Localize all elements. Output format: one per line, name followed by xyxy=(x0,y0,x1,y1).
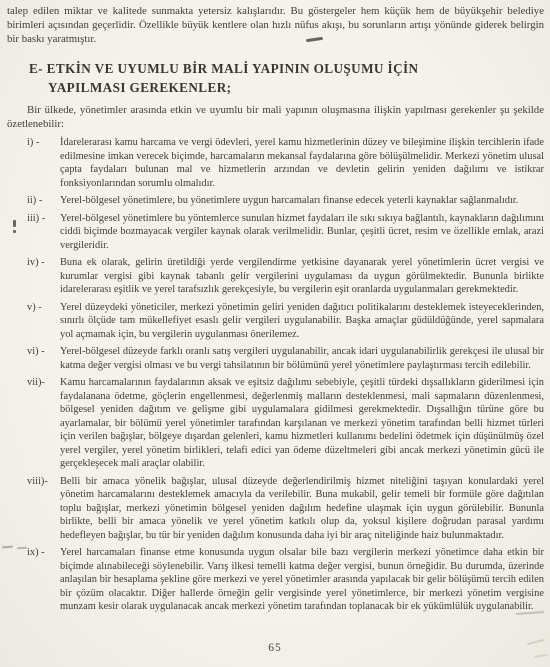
list-item-label: v) - xyxy=(27,301,60,342)
scan-smudge-mark xyxy=(534,654,548,658)
list-item-label: ix) - xyxy=(27,546,60,614)
list-item-label: i) - xyxy=(27,136,60,190)
page-number: 65 xyxy=(0,642,550,654)
list-item-i: i) - İdarelerarası kamu harcama ve vergi… xyxy=(27,136,544,190)
list-item-ii: ii) - Yerel-bölgesel yönetimlere, bu yön… xyxy=(27,194,544,208)
paragraph-continuation: talep edilen miktar ve kalitede sunmakta… xyxy=(7,4,544,47)
list-item-text: Yerel-bölgesel yönetimlere, bu yönetimle… xyxy=(60,194,544,208)
list-item-vii: vii)- Kamu harcamalarının faydalarının a… xyxy=(27,376,544,471)
document-page: talep edilen miktar ve kalitede sunmakta… xyxy=(0,0,550,667)
list-item-viii: viii)- Belli bir amaca yönelik bağışlar,… xyxy=(27,475,544,543)
list-item-vi: vi) - Yerel-bölgesel düzeyde farklı oran… xyxy=(27,345,544,372)
section-heading-line1: E- ETKİN VE UYUMLU BİR MALİ YAPININ OLUŞ… xyxy=(29,59,544,78)
list-item-text: Yerel-bölgesel yönetimlere bu yöntemlerc… xyxy=(60,212,544,253)
list-item-label: vii)- xyxy=(27,376,60,471)
list-item-v: v) - Yerel düzeydeki yöneticiler, merkez… xyxy=(27,301,544,342)
list-item-label: ii) - xyxy=(27,194,60,208)
section-heading: E- ETKİN VE UYUMLU BİR MALİ YAPININ OLUŞ… xyxy=(29,59,544,97)
list-item-label: vi) - xyxy=(27,345,60,372)
list-item-text: Belli bir amaca yönelik bağışlar, ulusal… xyxy=(60,475,544,543)
list-item-iv: iv) - Buna ek olarak, gelirin üretildiği… xyxy=(27,256,544,297)
numbered-list: i) - İdarelerarası kamu harcama ve vergi… xyxy=(7,136,544,614)
list-item-label: iii) - xyxy=(27,212,60,253)
intro-paragraph: Bir ülkede, yönetimler arasında etkin ve… xyxy=(7,103,544,131)
list-item-ix: ix) - Yerel harcamaları finanse etme kon… xyxy=(27,546,544,614)
list-item-text: Buna ek olarak, gelirin üretildiği yerde… xyxy=(60,256,544,297)
list-item-text: İdarelerarası kamu harcama ve vergi ödev… xyxy=(60,136,544,190)
list-item-label: iv) - xyxy=(27,256,60,297)
list-item-text: Yerel-bölgesel düzeyde farklı oranlı sat… xyxy=(60,345,544,372)
list-item-iii: iii) - Yerel-bölgesel yönetimlere bu yön… xyxy=(27,212,544,253)
section-heading-line2: YAPILMASI GEREKENLER; xyxy=(48,78,544,97)
list-item-text: Yerel harcamaları finanse etme konusunda… xyxy=(60,546,544,614)
list-item-text: Kamu harcamalarının faydalarının aksak v… xyxy=(60,376,544,471)
list-item-label: viii)- xyxy=(27,475,60,543)
list-item-text: Yerel düzeydeki yöneticiler, merkezi yön… xyxy=(60,301,544,342)
